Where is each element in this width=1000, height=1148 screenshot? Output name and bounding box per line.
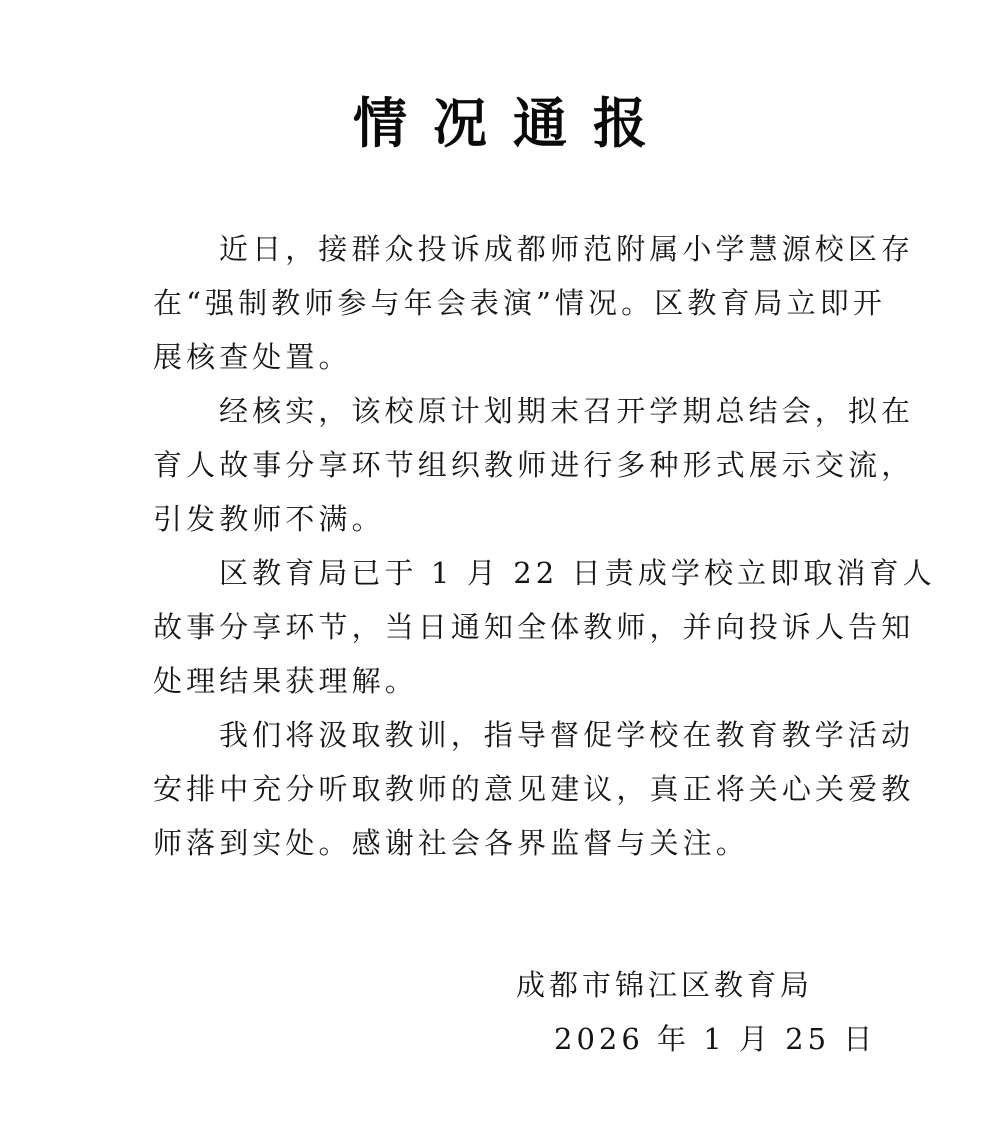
paragraph-line: 我们将汲取教训，指导督促学校在教育教学活动 bbox=[153, 708, 853, 762]
document-title: 情况通报 bbox=[0, 88, 1000, 158]
paragraph-verification: 经核实，该校原计划期末召开学期总结会，拟在 育人故事分享环节组织教师进行多种形式… bbox=[153, 384, 853, 546]
paragraph-line: 在“强制教师参与年会表演”情况。区教育局立即开 bbox=[87, 276, 853, 330]
paragraph-line: 安排中充分听取教师的意见建议，真正将关心关爱教 bbox=[87, 762, 853, 816]
paragraph-line: 经核实，该校原计划期末召开学期总结会，拟在 bbox=[153, 384, 853, 438]
issue-date: 2026 年 1 月 25 日 bbox=[516, 1012, 876, 1066]
paragraph-line: 引发教师不满。 bbox=[87, 492, 853, 546]
paragraph-line: 师落到实处。感谢社会各界监督与关注。 bbox=[87, 816, 853, 870]
paragraph-line: 育人故事分享环节组织教师进行多种形式展示交流， bbox=[87, 438, 853, 492]
issuing-organization: 成都市锦江区教育局 bbox=[516, 958, 876, 1012]
signature-block: 成都市锦江区教育局 2026 年 1 月 25 日 bbox=[516, 958, 876, 1066]
paragraph-line: 区教育局已于 1 月 22 日责成学校立即取消育人 bbox=[153, 546, 853, 600]
paragraph-line: 展核查处置。 bbox=[87, 330, 853, 384]
paragraph-complaint: 近日，接群众投诉成都师范附属小学慧源校区存 在“强制教师参与年会表演”情况。区教… bbox=[153, 222, 853, 384]
paragraph-line: 处理结果获理解。 bbox=[87, 654, 853, 708]
paragraph-resolution: 区教育局已于 1 月 22 日责成学校立即取消育人 故事分享环节，当日通知全体教… bbox=[153, 546, 853, 708]
paragraph-commitment: 我们将汲取教训，指导督促学校在教育教学活动 安排中充分听取教师的意见建议，真正将… bbox=[153, 708, 853, 870]
paragraph-line: 故事分享环节，当日通知全体教师，并向投诉人告知 bbox=[87, 600, 853, 654]
document-body: 近日，接群众投诉成都师范附属小学慧源校区存 在“强制教师参与年会表演”情况。区教… bbox=[153, 222, 853, 870]
paragraph-line: 近日，接群众投诉成都师范附属小学慧源校区存 bbox=[153, 222, 853, 276]
